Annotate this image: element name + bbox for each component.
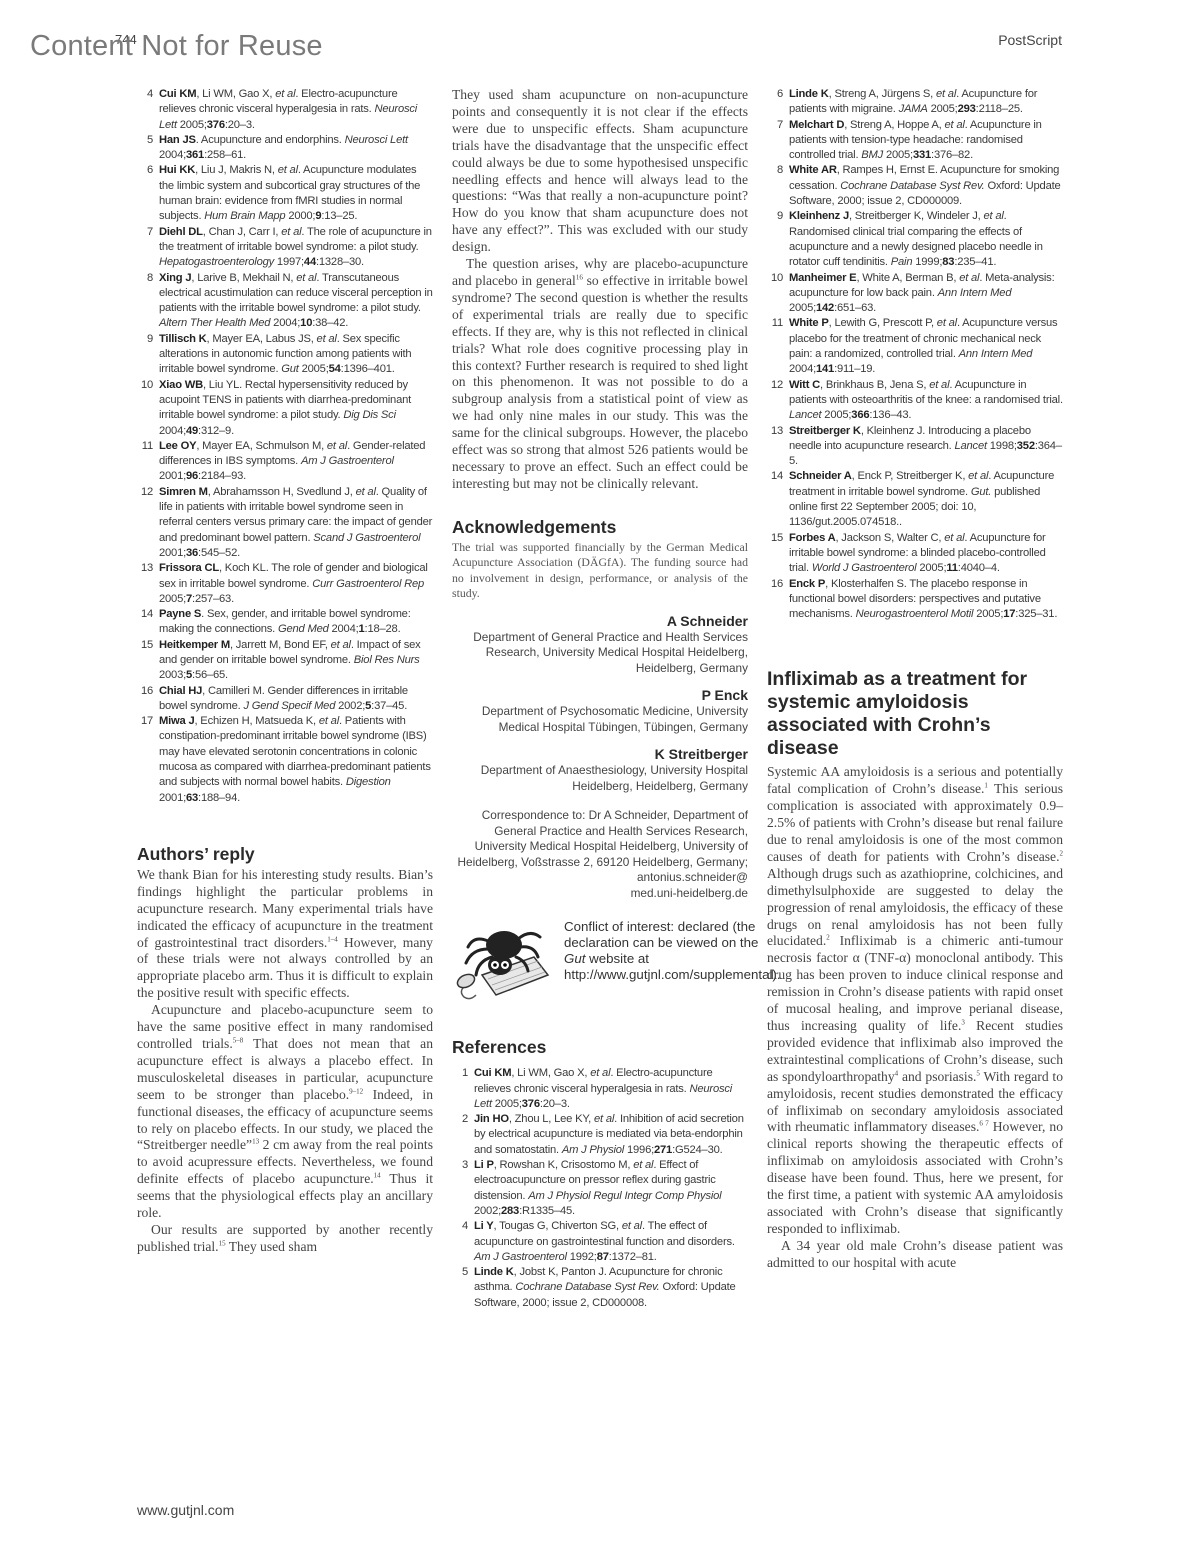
footer-url[interactable]: www.gutjnl.com xyxy=(137,1502,234,1518)
reference-item: 16Chial HJ, Camilleri M. Gender differen… xyxy=(137,684,433,715)
reference-pages: :1372–81. xyxy=(609,1251,657,1263)
reference-pages: :37–45. xyxy=(371,700,407,712)
et-al: et al xyxy=(929,379,949,391)
email-link[interactable]: antonius.schneider@ xyxy=(637,870,748,884)
reference-pages: :1396–401. xyxy=(341,363,395,375)
author-block: A SchneiderDepartment of General Practic… xyxy=(452,612,748,677)
references-heading: References xyxy=(452,1037,748,1058)
reference-pages: :651–63. xyxy=(834,302,876,314)
reference-number: 13 xyxy=(137,561,153,576)
author-block: P EnckDepartment of Psychosomatic Medici… xyxy=(452,686,748,735)
reference-year: 2004; xyxy=(789,363,816,375)
section-label: PostScript xyxy=(998,32,1062,48)
reference-number: 15 xyxy=(137,638,153,653)
reference-item: 5Linde K, Jobst K, Panton J. Acupuncture… xyxy=(452,1265,748,1311)
author-block: K StreitbergerDepartment of Anaesthesiol… xyxy=(452,745,748,794)
reference-year: 2002; xyxy=(474,1205,501,1217)
reference-item: 8White AR, Rampes H, Ernst E. Acupunctur… xyxy=(767,163,1063,209)
reference-item: 3Li P, Rowshan K, Crisostomo M, et al. E… xyxy=(452,1158,748,1219)
reference-list-continued: 6Linde K, Streng A, Jürgens S, et al. Ac… xyxy=(767,87,1063,622)
reference-first-author: Miwa J xyxy=(159,715,194,727)
reference-pages: :136–43. xyxy=(869,409,911,421)
et-al: et al xyxy=(317,333,337,345)
article-body: Systemic AA amyloidosis is a serious and… xyxy=(767,764,1063,1271)
reference-journal: Neurogastroenterol Motil xyxy=(856,608,974,620)
reference-number: 11 xyxy=(137,439,153,454)
reference-year: 2005; xyxy=(821,409,851,421)
reference-journal: JAMA xyxy=(899,103,928,115)
reference-authors: , Abrahamsson H, Svedlund J, xyxy=(208,486,356,498)
reference-volume: 376 xyxy=(207,119,225,131)
reference-item: 16Enck P, Klosterhalfen S. The placebo r… xyxy=(767,577,1063,623)
reference-year: 1998; xyxy=(987,440,1017,452)
reference-number: 8 xyxy=(767,163,783,178)
reference-item: 4Cui KM, Li WM, Gao X, et al. Electro-ac… xyxy=(137,87,433,133)
reference-year: 1999; xyxy=(912,256,942,268)
reference-number: 16 xyxy=(137,684,153,699)
reference-authors: , Larive B, Mekhail N, xyxy=(191,272,296,284)
reference-volume: 36 xyxy=(186,547,198,559)
reference-year: 2005; xyxy=(177,119,207,131)
reference-first-author: Simren M xyxy=(159,486,208,498)
reference-first-author: Heitkemper M xyxy=(159,639,230,651)
reference-year: 2005; xyxy=(789,302,816,314)
reference-year: 2005; xyxy=(928,103,958,115)
reference-year: 2004; xyxy=(159,425,186,437)
reference-number: 17 xyxy=(137,714,153,729)
reference-year: 2000; xyxy=(285,210,315,222)
author-affiliation: Department of Anaesthesiology, Universit… xyxy=(452,763,748,794)
reference-journal: Ann Intern Med xyxy=(959,348,1033,360)
author-name: A Schneider xyxy=(452,612,748,630)
reference-item: 2Jin HO, Zhou L, Lee KY, et al. Inhibiti… xyxy=(452,1112,748,1158)
et-al: et al xyxy=(968,470,988,482)
reference-item: 11Lee OY, Mayer EA, Schmulson M, et al. … xyxy=(137,439,433,485)
reference-item: 7Melchart D, Streng A, Hoppe A, et al. A… xyxy=(767,118,1063,164)
reference-journal: Altern Ther Health Med xyxy=(159,317,270,329)
et-al: et al xyxy=(278,164,298,176)
reference-pages: :20–3. xyxy=(225,119,255,131)
reference-authors: , Streng A, Hoppe A, xyxy=(844,119,944,131)
reference-journal: Digestion xyxy=(346,776,391,788)
reference-authors: . Acupuncture and endorphins. xyxy=(196,134,345,146)
reference-item: 12Simren M, Abrahamsson H, Svedlund J, e… xyxy=(137,485,433,561)
reference-item: 7Diehl DL, Chan J, Carr I, et al. The ro… xyxy=(137,225,433,271)
citation: 1–4 xyxy=(327,935,338,943)
reference-volume: 331 xyxy=(913,149,931,161)
reference-pages: :376–82. xyxy=(931,149,973,161)
watermark: Content Not for Reuse xyxy=(30,30,323,63)
reference-list-continued: 4Cui KM, Li WM, Gao X, et al. Electro-ac… xyxy=(137,87,433,806)
reference-number: 7 xyxy=(137,225,153,240)
reference-authors: , Rowshan K, Crisostomo M, xyxy=(494,1159,633,1171)
reference-number: 6 xyxy=(767,87,783,102)
reference-item: 14Schneider A, Enck P, Streitberger K, e… xyxy=(767,469,1063,530)
acknowledgements-section: Acknowledgements The trial was supported… xyxy=(452,517,748,602)
reference-first-author: Enck P xyxy=(789,578,825,590)
reference-volume: 63 xyxy=(186,792,198,804)
reference-pages: :325–31. xyxy=(1015,608,1057,620)
reference-journal: Biol Res Nurs xyxy=(354,654,420,666)
reference-first-author: Linde K xyxy=(789,88,829,100)
et-al: et al xyxy=(331,639,351,651)
reference-item: 10Xiao WB, Liu YL. Rectal hypersensitivi… xyxy=(137,378,433,439)
reference-authors: , Jarrett M, Bond EF, xyxy=(230,639,331,651)
author-affiliation: Department of General Practice and Healt… xyxy=(452,630,748,677)
reference-number: 8 xyxy=(137,271,153,286)
reference-first-author: White AR xyxy=(789,164,837,176)
reference-authors: , Li WM, Gao X, xyxy=(196,88,275,100)
et-al: et al xyxy=(959,272,979,284)
et-al: et al xyxy=(633,1159,653,1171)
acknowledgements-text: The trial was supported financially by t… xyxy=(452,540,748,602)
reference-journal: Scand J Gastroenterol xyxy=(313,532,420,544)
correspondence-text: Correspondence to: Dr A Schneider, Depar… xyxy=(458,808,749,869)
reference-number: 12 xyxy=(767,378,783,393)
reference-year: 2005; xyxy=(159,593,186,605)
reference-year: 2005; xyxy=(973,608,1003,620)
reference-authors: , Streng A, Jürgens S, xyxy=(829,88,936,100)
reference-item: 9Tillisch K, Mayer EA, Labus JS, et al. … xyxy=(137,332,433,378)
reference-item: 6Hui KK, Liu J, Makris N, et al. Acupunc… xyxy=(137,163,433,224)
reference-volume: 352 xyxy=(1017,440,1035,452)
et-al: et al xyxy=(936,88,956,100)
reference-volume: 96 xyxy=(186,470,198,482)
reference-number: 16 xyxy=(767,577,783,592)
reference-number: 4 xyxy=(137,87,153,102)
paragraph: Systemic AA amyloidosis is a serious and… xyxy=(767,764,1063,1237)
reference-first-author: Tillisch K xyxy=(159,333,207,345)
reference-journal: Neurosci Lett xyxy=(345,134,408,146)
citation: 2 xyxy=(1060,849,1064,857)
column-2: They used sham acupuncture on non-acupun… xyxy=(452,87,748,1311)
reference-pages: :188–94. xyxy=(198,792,240,804)
reference-volume: 142 xyxy=(816,302,834,314)
authors-reply-body: We thank Bian for his interesting study … xyxy=(137,867,433,1256)
reference-number: 10 xyxy=(767,271,783,286)
reference-volume: 87 xyxy=(597,1251,609,1263)
et-al: et al xyxy=(594,1113,614,1125)
reference-year: 2004; xyxy=(159,149,186,161)
reference-pages: :20–3. xyxy=(540,1098,570,1110)
paragraph: We thank Bian for his interesting study … xyxy=(137,867,433,1002)
reference-number: 5 xyxy=(137,133,153,148)
authors-reply-continued: They used sham acupuncture on non-acupun… xyxy=(452,87,748,493)
reference-volume: 366 xyxy=(851,409,869,421)
et-al: et al xyxy=(937,317,957,329)
reference-item: 6Linde K, Streng A, Jürgens S, et al. Ac… xyxy=(767,87,1063,118)
reference-item: 11White P, Lewith G, Prescott P, et al. … xyxy=(767,316,1063,377)
reference-pages: :312–9. xyxy=(198,425,234,437)
reference-volume: 83 xyxy=(942,256,954,268)
reference-journal: Am J Gastroenterol xyxy=(301,455,394,467)
reference-item: 15Heitkemper M, Jarrett M, Bond EF, et a… xyxy=(137,638,433,684)
reference-volume: 283 xyxy=(501,1205,519,1217)
reference-authors: , White A, Berman B, xyxy=(856,272,959,284)
reference-pages: :4040–4. xyxy=(958,562,1000,574)
reference-first-author: Hui KK xyxy=(159,164,195,176)
text: so effective in irritable bowel syndrome… xyxy=(452,273,748,491)
reference-pages: :18–28. xyxy=(365,623,401,635)
reference-pages: :13–25. xyxy=(321,210,357,222)
reference-pages: :2118–25. xyxy=(976,103,1023,115)
reference-first-author: Witt C xyxy=(789,379,820,391)
email-link-continued[interactable]: med.uni-heidelberg.de xyxy=(631,886,748,900)
reference-item: 9Kleinhenz J, Streitberger K, Windeler J… xyxy=(767,209,1063,270)
reference-number: 9 xyxy=(767,209,783,224)
author-name: P Enck xyxy=(452,686,748,704)
reference-authors: , Liu J, Makris N, xyxy=(195,164,278,176)
reference-first-author: Diehl DL xyxy=(159,226,203,238)
reference-first-author: Li P xyxy=(474,1159,494,1171)
reference-journal: Pain xyxy=(891,256,913,268)
reference-year: 1992; xyxy=(567,1251,597,1263)
reference-volume: 293 xyxy=(958,103,976,115)
reference-volume: 49 xyxy=(186,425,198,437)
reference-item: 13Frissora CL, Koch KL. The role of gend… xyxy=(137,561,433,607)
reference-year: 2005; xyxy=(492,1098,522,1110)
reference-number: 4 xyxy=(452,1219,468,1234)
reference-first-author: Payne S xyxy=(159,608,201,620)
reference-pages: :545–52. xyxy=(198,547,240,559)
reference-journal: Cochrane Database Syst Rev. xyxy=(515,1281,659,1293)
reference-journal: Gut xyxy=(281,363,298,375)
et-al: et al xyxy=(984,210,1004,222)
reference-year: 2001; xyxy=(159,470,186,482)
reference-first-author: Frissora CL xyxy=(159,562,219,574)
reference-item: 8Xing J, Larive B, Mekhail N, et al. Tra… xyxy=(137,271,433,332)
reference-pages: :258–61. xyxy=(204,149,246,161)
reference-item: 14Payne S. Sex, gender, and irritable bo… xyxy=(137,607,433,638)
reference-year: 2001; xyxy=(159,547,186,559)
references-section: References 1Cui KM, Li WM, Gao X, et al.… xyxy=(452,1037,748,1311)
spider-keyboard-icon xyxy=(452,919,560,1001)
text: Conflict of interest: declared (the decl… xyxy=(564,919,758,950)
reference-journal: J Gend Specif Med xyxy=(243,700,335,712)
author-affiliation: Department of Psychosomatic Medicine, Un… xyxy=(452,704,748,735)
reference-volume: 11 xyxy=(946,562,957,574)
reference-authors: , Brinkhaus B, Jena S, xyxy=(820,379,929,391)
author-name: K Streitberger xyxy=(452,745,748,763)
reference-first-author: Cui KM xyxy=(159,88,196,100)
reference-number: 7 xyxy=(767,118,783,133)
reference-item: 12Witt C, Brinkhaus B, Jena S, et al. Ac… xyxy=(767,378,1063,424)
reference-first-author: Xing J xyxy=(159,272,191,284)
reference-volume: 44 xyxy=(304,256,316,268)
reference-item: 10Manheimer E, White A, Berman B, et al.… xyxy=(767,271,1063,317)
reference-volume: 54 xyxy=(329,363,341,375)
reference-pages: :38–42. xyxy=(312,317,348,329)
reference-year: 2005; xyxy=(883,149,913,161)
reference-authors: , Streitberger K, Windeler J, xyxy=(849,210,984,222)
et-al: et al xyxy=(296,272,316,284)
reference-first-author: Linde K xyxy=(474,1266,514,1278)
reference-pages: :235–41. xyxy=(954,256,996,268)
paragraph: A 34 year old male Crohn’s disease patie… xyxy=(767,1238,1063,1272)
citation: 6 7 xyxy=(979,1120,988,1128)
reference-volume: 10 xyxy=(300,317,312,329)
reference-first-author: Forbes A xyxy=(789,532,835,544)
reference-journal: Hepatogastroenterology xyxy=(159,256,274,268)
reference-item: 5Han JS. Acupuncture and endorphins. Neu… xyxy=(137,133,433,164)
paragraph: They used sham acupuncture on non-acupun… xyxy=(452,87,748,256)
reference-authors: , Jackson S, Walter C, xyxy=(835,532,944,544)
reference-authors: , Zhou L, Lee KY, xyxy=(509,1113,594,1125)
authors-reply-heading: Authors’ reply xyxy=(137,844,433,865)
reference-journal: Lancet xyxy=(789,409,821,421)
reference-number: 9 xyxy=(137,332,153,347)
et-al: et al xyxy=(944,532,964,544)
reference-volume: 376 xyxy=(522,1098,540,1110)
reference-pages: :G524–30. xyxy=(672,1144,722,1156)
article-title: Infliximab as a treatment for systemic a… xyxy=(767,668,1063,760)
reference-journal: Am J Physiol xyxy=(562,1144,624,1156)
et-al: et al xyxy=(622,1220,642,1232)
reference-number: 15 xyxy=(767,531,783,546)
reference-number: 14 xyxy=(137,607,153,622)
reference-number: 10 xyxy=(137,378,153,393)
et-al: et al xyxy=(319,715,339,727)
reference-volume: 271 xyxy=(654,1144,672,1156)
reference-authors: , Mayer EA, Labus JS, xyxy=(207,333,317,345)
reference-first-author: Li Y xyxy=(474,1220,494,1232)
infliximab-article: Infliximab as a treatment for systemic a… xyxy=(767,668,1063,1271)
et-al: et al xyxy=(327,440,347,452)
paragraph: The question arises, why are placebo-acu… xyxy=(452,256,748,493)
reference-first-author: Melchart D xyxy=(789,119,844,131)
et-al: et al xyxy=(590,1067,610,1079)
reference-pages: :1328–30. xyxy=(316,256,364,268)
reference-authors: , Li WM, Gao X, xyxy=(511,1067,590,1079)
et-al: et al xyxy=(281,226,301,238)
reference-first-author: Streitberger K xyxy=(789,425,861,437)
reference-volume: 361 xyxy=(186,149,204,161)
reference-number: 11 xyxy=(767,316,783,331)
reference-first-author: Kleinhenz J xyxy=(789,210,849,222)
reference-journal: World J Gastroenterol xyxy=(812,562,917,574)
column-1: 4Cui KM, Li WM, Gao X, et al. Electro-ac… xyxy=(137,87,433,1256)
reference-authors: , Enck P, Streitberger K, xyxy=(852,470,968,482)
author-list: A SchneiderDepartment of General Practic… xyxy=(452,612,748,795)
reference-first-author: Cui KM xyxy=(474,1067,511,1079)
reference-journal: Curr Gastroenterol Rep xyxy=(312,578,424,590)
reference-year: 2002; xyxy=(335,700,365,712)
conflict-of-interest-text: Conflict of interest: declared (the decl… xyxy=(564,919,781,982)
reference-authors: , Lewith G, Prescott P, xyxy=(829,317,937,329)
reference-item: 17Miwa J, Echizen H, Matsueda K, et al. … xyxy=(137,714,433,806)
reference-number: 5 xyxy=(452,1265,468,1280)
citation: 5–8 xyxy=(233,1036,244,1044)
reference-first-author: Chial HJ xyxy=(159,685,202,697)
reference-volume: 17 xyxy=(1003,608,1015,620)
reference-item: 15Forbes A, Jackson S, Walter C, et al. … xyxy=(767,531,1063,577)
reference-year: 2001; xyxy=(159,792,186,804)
reference-pages: :257–63. xyxy=(192,593,234,605)
text: However, no clinical reports showing the… xyxy=(767,1119,1063,1235)
reference-year: 2005; xyxy=(916,562,946,574)
reference-pages: :2184–93. xyxy=(198,470,246,482)
reference-journal: Lancet xyxy=(954,440,986,452)
reference-year: 1997; xyxy=(274,256,304,268)
acknowledgements-heading: Acknowledgements xyxy=(452,517,748,538)
reference-first-author: Jin HO xyxy=(474,1113,509,1125)
reference-authors: , Mayer EA, Schmulson M, xyxy=(196,440,327,452)
reference-year: 2005; xyxy=(299,363,329,375)
et-al: et al xyxy=(945,119,965,131)
reference-year: 2003; xyxy=(159,669,186,681)
paragraph: Our results are supported by another rec… xyxy=(137,1222,433,1256)
reference-authors: , Chan J, Carr I, xyxy=(203,226,281,238)
reference-first-author: Han JS xyxy=(159,134,196,146)
reference-authors: , Echizen H, Matsueda K, xyxy=(194,715,318,727)
correspondence: Correspondence to: Dr A Schneider, Depar… xyxy=(452,808,748,901)
reference-number: 14 xyxy=(767,469,783,484)
journal-name: Gut xyxy=(564,951,585,966)
reference-pages: :R1335–45. xyxy=(519,1205,575,1217)
reference-first-author: Lee OY xyxy=(159,440,196,452)
reference-journal: Am J Gastroenterol xyxy=(474,1251,567,1263)
reference-journal: Ann Intern Med xyxy=(938,287,1012,299)
et-al: et al xyxy=(275,88,295,100)
reference-pages: :911–19. xyxy=(834,363,875,375)
reference-year: 2004; xyxy=(329,623,359,635)
text: They used sham xyxy=(229,1239,317,1254)
reference-number: 12 xyxy=(137,485,153,500)
reference-journal: BMJ xyxy=(861,149,883,161)
reference-journal: Dig Dis Sci xyxy=(343,409,396,421)
reference-number: 2 xyxy=(452,1112,468,1127)
reference-item: 1Cui KM, Li WM, Gao X, et al. Electro-ac… xyxy=(452,1066,748,1112)
citation: 9–12 xyxy=(349,1087,363,1095)
reference-first-author: Manheimer E xyxy=(789,272,856,284)
reference-number: 13 xyxy=(767,424,783,439)
reference-first-author: Xiao WB xyxy=(159,379,203,391)
reference-authors: , Tougas G, Chiverton SG, xyxy=(494,1220,622,1232)
text: website at http://www.gutjnl.com/supplem… xyxy=(564,951,781,982)
et-al: et al xyxy=(356,486,376,498)
citation: 15 xyxy=(219,1239,226,1247)
citation: 14 xyxy=(374,1172,381,1180)
reference-item: 13Streitberger K, Kleinhenz J. Introduci… xyxy=(767,424,1063,470)
reference-journal: Am J Physiol Regul Integr Comp Physiol xyxy=(528,1190,721,1202)
column-3: 6Linde K, Streng A, Jürgens S, et al. Ac… xyxy=(767,87,1063,1272)
reference-number: 1 xyxy=(452,1066,468,1081)
reference-journal: Cochrane Database Syst Rev. xyxy=(840,180,984,192)
reference-number: 3 xyxy=(452,1158,468,1173)
citation: 16 xyxy=(576,273,583,281)
reference-list: 1Cui KM, Li WM, Gao X, et al. Electro-ac… xyxy=(452,1066,748,1311)
reference-journal: Gut. xyxy=(971,486,991,498)
authors-reply-section: Authors’ reply We thank Bian for his int… xyxy=(137,844,433,1256)
reference-year: 2004; xyxy=(270,317,300,329)
reference-item: 4Li Y, Tougas G, Chiverton SG, et al. Th… xyxy=(452,1219,748,1265)
citation: 13 xyxy=(252,1138,259,1146)
reference-volume: 141 xyxy=(816,363,834,375)
text: and psoriasis. xyxy=(898,1069,976,1084)
reference-journal: Hum Brain Mapp xyxy=(204,210,285,222)
reference-journal: Gend Med xyxy=(278,623,329,635)
reference-year: 1996; xyxy=(624,1144,654,1156)
reference-first-author: White P xyxy=(789,317,829,329)
reference-first-author: Schneider A xyxy=(789,470,852,482)
reference-pages: :56–65. xyxy=(192,669,228,681)
text: They used sham acupuncture on non-acupun… xyxy=(452,87,748,254)
paragraph: Acupuncture and placebo-acupuncture seem… xyxy=(137,1002,433,1222)
reference-number: 6 xyxy=(137,163,153,178)
conflict-of-interest: Conflict of interest: declared (the decl… xyxy=(452,919,748,1001)
